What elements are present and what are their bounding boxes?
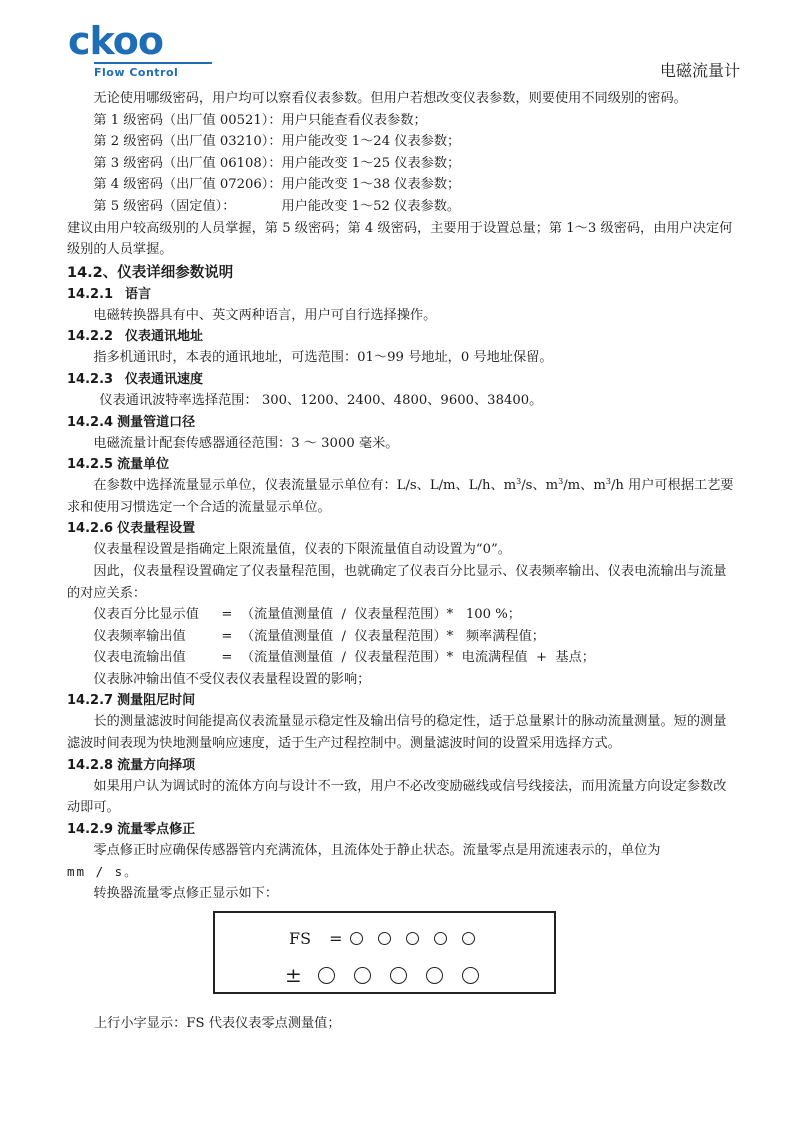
logo-wordmark: ckoo	[68, 22, 208, 60]
subsection-heading-comm-speed: 14.2.3仪表通讯速度	[67, 370, 739, 390]
subsection-heading-language: 14.2.1语言	[67, 285, 739, 305]
digit-circle-icon	[462, 967, 479, 984]
password-level-item: 第 4 级密码（出厂值 07206）：用户能改变 1～38 仪表参数；	[67, 174, 739, 196]
zero-correction-display-figure: FS = ±	[213, 911, 556, 994]
subsection-title: 语言	[125, 287, 151, 302]
equals-sign: =	[329, 929, 342, 948]
subsection-number: 14.2.1	[67, 285, 125, 305]
digit-circle-icon	[378, 932, 391, 945]
subsection-number: 14.2.4	[67, 413, 113, 433]
formula-label: 仪表百分比显示值	[93, 604, 221, 626]
subsection-heading-zero-correction: 14.2.9流量零点修正	[67, 820, 739, 840]
subsection-body: 因此，仪表量程设置确定了仪表量程范围，也就确定了仪表百分比显示、仪表频率输出、仪…	[67, 561, 739, 604]
formula-expression: = （流量值测量值 / 仪表量程范围）* 电流满程值 + 基点；	[221, 650, 595, 665]
subsection-heading-range-setting: 14.2.6仪表量程设置	[67, 519, 739, 539]
subsection-title: 流量方向择项	[117, 758, 195, 773]
subsection-body: 长的测量滤波时间能提高仪表流量显示稳定性及输出信号的稳定性，适于总量累计的脉动流…	[67, 711, 739, 754]
password-level-item: 第 2 级密码（出厂值 03210）：用户能改变 1～24 仪表参数；	[67, 131, 739, 153]
subsection-title: 仪表通讯速度	[125, 372, 203, 387]
display-row-fs: FS =	[289, 929, 490, 948]
formula-expression: = （流量值测量值 / 仪表量程范围）* 频率满程值；	[221, 629, 545, 644]
subsection-body: 零点修正时应确保传感器管内充满流体，且流体处于静止状态。流量零点是用流速表示的，…	[67, 840, 739, 862]
formula-list: 仪表百分比显示值= （流量值测量值 / 仪表量程范围）* 100 %； 仪表频率…	[67, 604, 739, 669]
password-level-label: 第 5 级密码（固定值）：	[93, 199, 235, 214]
subsection-body: 电磁流量计配套传感器通径范围：3 ～ 3000 毫米。	[67, 433, 739, 455]
password-level-desc: 用户能改变 1～52 仪表参数。	[281, 199, 460, 214]
password-level-item: 第 5 级密码（固定值）：用户能改变 1～52 仪表参数。	[67, 196, 739, 218]
formula-row: 仪表百分比显示值= （流量值测量值 / 仪表量程范围）* 100 %；	[67, 604, 739, 626]
subsection-body: 仪表通讯波特率选择范围： 300、1200、2400、4800、9600、384…	[67, 390, 739, 412]
section-heading: 14.2、仪表详细参数说明	[67, 262, 739, 284]
subsection-body-flow-units: 在参数中选择流量显示单位，仪表流量显示单位有：L/s、L/m、L/h、m3/s、…	[67, 475, 739, 518]
flow-unit-text: /s、m	[521, 478, 558, 493]
digit-circle-icon	[354, 967, 371, 984]
subsection-title: 仪表量程设置	[117, 521, 195, 536]
digit-circle-icon	[406, 932, 419, 945]
subsection-title: 测量管道口径	[117, 415, 195, 430]
formula-label: 仪表频率输出值	[93, 626, 221, 648]
subsection-number: 14.2.7	[67, 691, 113, 711]
subsection-heading-damping-time: 14.2.7测量阻尼时间	[67, 691, 739, 711]
digit-circle-icon	[434, 932, 447, 945]
flow-unit-text: 在参数中选择流量显示单位，仪表流量显示单位有：L/s、L/m、L/h、m	[93, 478, 516, 493]
footer-note: 上行小字显示：FS 代表仪表零点测量值；	[94, 1013, 341, 1035]
subsection-title: 流量单位	[117, 457, 169, 472]
subsection-body: 指多机通讯时，本表的通讯地址，可选范围：01～99 号地址，0 号地址保留。	[67, 347, 739, 369]
subsection-note: 仪表脉冲输出值不受仪表仪表量程设置的影响；	[67, 669, 739, 691]
subsection-heading-pipe-diameter: 14.2.4测量管道口径	[67, 413, 739, 433]
subsection-body: 仪表量程设置是指确定上限流量值，仪表的下限流量值自动设置为“0”。	[67, 539, 739, 561]
password-level-desc: 用户能改变 1～24 仪表参数；	[282, 134, 461, 149]
digit-circle-icon	[318, 967, 335, 984]
password-level-list: 第 1 级密码（出厂值 00521）：用户只能查看仪表参数； 第 2 级密码（出…	[67, 110, 739, 218]
display-intro: 转换器流量零点修正显示如下：	[67, 883, 739, 905]
logo-subtitle: Flow Control	[94, 66, 208, 79]
unit-line: mm / s。	[67, 861, 739, 883]
digit-circle-icon	[426, 967, 443, 984]
display-row-value: ±	[285, 963, 498, 987]
subsection-number: 14.2.5	[67, 455, 113, 475]
subsection-heading-comm-address: 14.2.2仪表通讯地址	[67, 327, 739, 347]
formula-row: 仪表电流输出值= （流量值测量值 / 仪表量程范围）* 电流满程值 + 基点；	[67, 647, 739, 669]
digit-circle-icon	[350, 932, 363, 945]
subsection-number: 14.2.6	[67, 519, 113, 539]
subsection-number: 14.2.8	[67, 756, 113, 776]
subsection-heading-flow-direction: 14.2.8流量方向择项	[67, 756, 739, 776]
password-level-label: 第 4 级密码（出厂值 07206）：	[93, 177, 281, 192]
subsection-title: 流量零点修正	[117, 822, 195, 837]
digit-circle-icon	[390, 967, 407, 984]
subsection-number: 14.2.9	[67, 820, 113, 840]
subsection-number: 14.2.2	[67, 327, 125, 347]
document-header-title: 电磁流量计	[660, 58, 740, 81]
password-level-desc: 用户能改变 1～25 仪表参数；	[282, 156, 461, 171]
formula-row: 仪表频率输出值= （流量值测量值 / 仪表量程范围）* 频率满程值；	[67, 626, 739, 648]
flow-unit-text: /m、m	[563, 478, 606, 493]
password-level-label: 第 3 级密码（出厂值 06108）：	[93, 156, 281, 171]
password-level-item: 第 3 级密码（出厂值 06108）：用户能改变 1～25 仪表参数；	[67, 153, 739, 175]
company-logo: ckoo Flow Control	[68, 22, 208, 79]
password-intro-paragraph: 无论使用哪级密码，用户均可以察看仪表参数。但用户若想改变仪表参数，则要使用不同级…	[67, 88, 739, 110]
fs-label: FS	[289, 929, 311, 948]
document-body: 无论使用哪级密码，用户均可以察看仪表参数。但用户若想改变仪表参数，则要使用不同级…	[67, 88, 739, 905]
password-level-label: 第 1 级密码（出厂值 00521）：	[93, 113, 281, 128]
subsection-number: 14.2.3	[67, 370, 125, 390]
password-level-desc: 用户能改变 1～38 仪表参数；	[282, 177, 461, 192]
subsection-title: 测量阻尼时间	[117, 693, 195, 708]
subsection-body: 电磁转换器具有中、英文两种语言，用户可自行选择操作。	[67, 305, 739, 327]
subsection-heading-flow-unit: 14.2.5流量单位	[67, 455, 739, 475]
password-level-item: 第 1 级密码（出厂值 00521）：用户只能查看仪表参数；	[67, 110, 739, 132]
formula-label: 仪表电流输出值	[93, 647, 221, 669]
subsection-body: 如果用户认为调试时的流体方向与设计不一致，用户不必改变励磁线或信号线接法，而用流…	[67, 776, 739, 819]
password-advice-paragraph: 建议由用户较高级别的人员掌握，第 5 级密码；第 4 级密码，主要用于设置总量；…	[67, 218, 739, 261]
plus-minus-sign: ±	[285, 963, 302, 987]
formula-expression: = （流量值测量值 / 仪表量程范围）* 100 %；	[221, 607, 521, 622]
password-level-label: 第 2 级密码（出厂值 03210）：	[93, 134, 281, 149]
subsection-title: 仪表通讯地址	[125, 329, 203, 344]
password-level-desc: 用户只能查看仪表参数；	[282, 113, 427, 128]
digit-circle-icon	[462, 932, 475, 945]
